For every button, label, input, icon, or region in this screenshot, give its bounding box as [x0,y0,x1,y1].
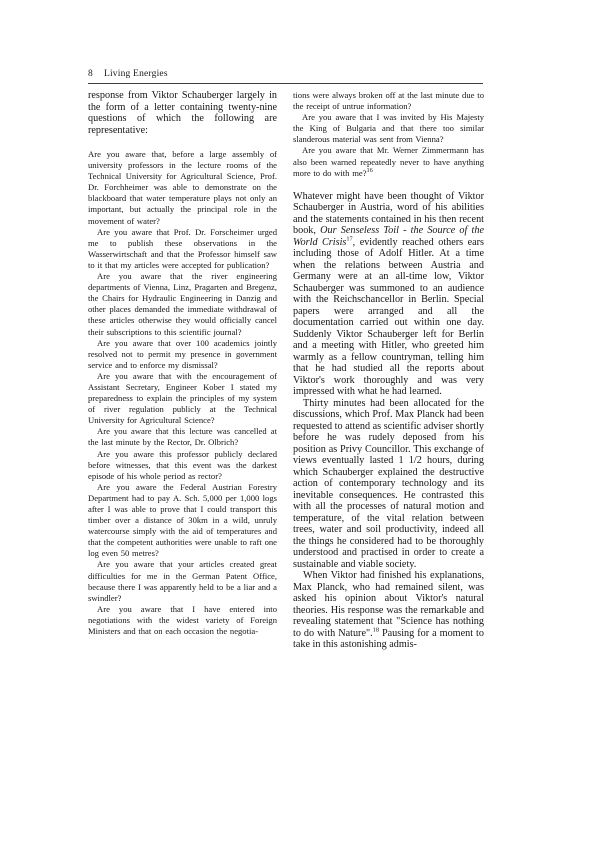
body-paragraph: Thirty minutes had been allocated for th… [293,398,484,571]
body-paragraph: Whatever might have been thought of Vikt… [293,191,484,398]
question-paragraph: Are you aware that your articles created… [88,559,277,603]
page-header: 8Living Energies [88,69,483,84]
intro-paragraph: response from Viktor Schauberger largely… [88,90,277,136]
question-paragraph: Are you aware that I was invited by His … [293,112,484,145]
question-paragraph: Are you aware that I have entered into n… [88,604,277,637]
question-continuation-paragraph: tions were always broken off at the last… [293,90,484,112]
question-paragraph: Are you aware that with the encouragemen… [88,371,277,426]
question-list: Are you aware that, before a large assem… [88,149,277,637]
question-paragraph: Are you aware that Mr. Werner Zimmermann… [293,145,484,178]
body-paragraph: When Viktor had finished his explanation… [293,570,484,651]
body-text: Whatever might have been thought of Vikt… [293,191,484,651]
right-column: tions were always broken off at the last… [293,90,484,651]
left-column: response from Viktor Schauberger largely… [88,90,277,637]
question-paragraph: Are you aware that, before a large assem… [88,149,277,227]
question-list-continued: tions were always broken off at the last… [293,90,484,179]
question-text: Are you aware that Mr. Werner Zimmermann… [293,145,484,177]
footnote-ref: 16 [367,167,373,174]
question-paragraph: Are you aware that Prof. Dr. Forscheimer… [88,227,277,271]
running-title: Living Energies [104,69,168,79]
question-paragraph: Are you aware that this lecture was canc… [88,426,277,448]
book-page: 8Living Energies response from Viktor Sc… [0,0,595,842]
paragraph-text: , evidently reached others ears includin… [293,237,484,398]
question-paragraph: Are you aware that over 100 academics jo… [88,338,277,371]
page-number: 8 [88,69,93,79]
question-paragraph: Are you aware the Federal Austrian Fores… [88,482,277,560]
question-paragraph: Are you aware that the river engineering… [88,271,277,338]
question-paragraph: Are you aware this professor publicly de… [88,449,277,482]
